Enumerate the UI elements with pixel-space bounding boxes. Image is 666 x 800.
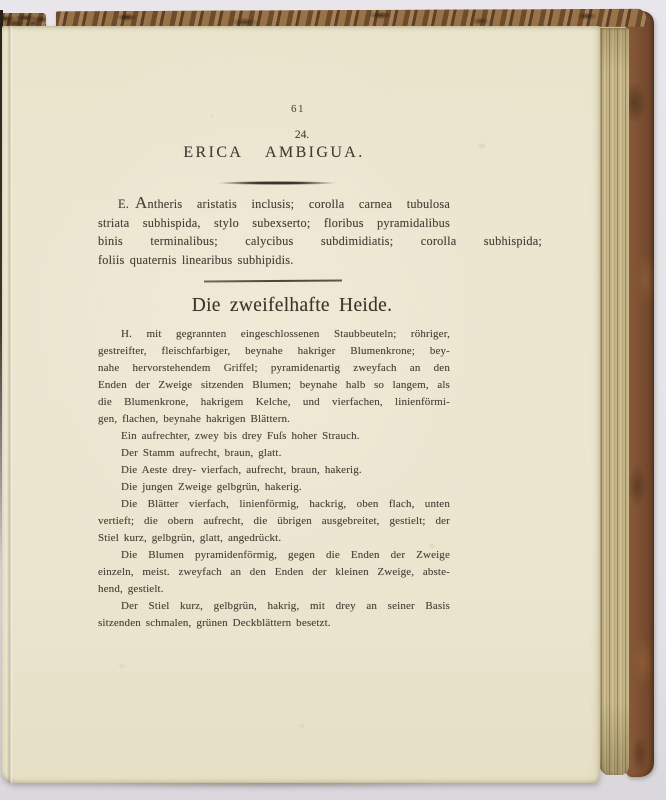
scanned-book-photo: 61 24. ERICA AMBIGUA. E.Antheris aristat… — [0, 0, 666, 800]
paragraph: Der Stiel kurz, gelbgrün, hakrig, mit dr… — [98, 598, 450, 632]
paragraph: Die jungen Zweige gelbgrün, hakerig. — [98, 479, 450, 496]
divider-rule-top — [216, 181, 338, 185]
text-line: einzeln, meist. zweyfach an den Enden de… — [98, 564, 450, 581]
text-line: gestreifter, fleischfarbiger, beynahe ha… — [98, 343, 450, 360]
text-line: H. mit gegrannten eingeschlossenen Staub… — [98, 326, 450, 343]
latin-line-rest: ntheris aristatis inclusis; corolla carn… — [147, 197, 450, 211]
text-line: sitzenden schmalen, grünen Deckblättern … — [98, 615, 450, 632]
folio-number: 61 — [270, 103, 326, 115]
text-line: Die Aeste drey- vierfach, aufrecht, brau… — [98, 462, 450, 479]
entry-number: 24. — [274, 129, 330, 141]
text-line: nahe hervorstehendem Griffel; pyramidena… — [98, 360, 450, 377]
text-line: binis terminalibus; calycibus subdimidia… — [98, 232, 542, 251]
text-line: die Blumenkrone, hakrigem Kelche, und vi… — [98, 394, 450, 411]
text-line: gen, flachen, beynahe hakrigen Blättern. — [98, 411, 450, 428]
paragraph: Der Stamm aufrecht, braun, glatt. — [98, 445, 450, 462]
text-line: foliis quaternis linearibus subhipidis. — [98, 251, 450, 270]
paragraph: Die Aeste drey- vierfach, aufrecht, brau… — [98, 462, 450, 479]
text-line: Die jungen Zweige gelbgrün, hakerig. — [98, 479, 450, 496]
text-line: striata subhispida, stylo subexserto; fl… — [98, 214, 450, 233]
latin-lead: E. — [118, 197, 129, 211]
book-page: 61 24. ERICA AMBIGUA. E.Antheris aristat… — [2, 26, 600, 783]
species-title: ERICA AMBIGUA. — [96, 144, 452, 162]
german-heading: Die zweifelhafte Heide. — [112, 295, 472, 317]
text-line: Der Stamm aufrecht, braun, glatt. — [98, 445, 450, 462]
text-line: hend, gestielt. — [98, 581, 450, 598]
german-description: H. mit gegrannten eingeschlossenen Staub… — [98, 326, 450, 632]
text-line: Der Stiel kurz, gelbgrün, hakrig, mit dr… — [98, 598, 450, 615]
text-line: Enden der Zweige sitzenden Blumen; beyna… — [98, 377, 450, 394]
text-line: Ein aufrechter, zwey bis drey Fuſs hoher… — [98, 428, 450, 445]
text-line: Die Blumen pyramidenförmig, gegen die En… — [98, 547, 450, 564]
paragraph: H. mit gegrannten eingeschlossenen Staub… — [98, 326, 450, 428]
text-line: Stiel kurz, gelbgrün, glatt, angedrückt. — [98, 530, 450, 547]
divider-rule-middle — [204, 280, 342, 283]
paragraph: Die Blätter vierfach, linienförmig, hack… — [98, 496, 450, 547]
paragraph: Die Blumen pyramidenförmig, gegen die En… — [98, 547, 450, 598]
latin-diagnosis: E.Antheris aristatis inclusis; corolla c… — [98, 194, 450, 269]
book-cover-edge-right — [626, 11, 654, 777]
paragraph: Ein aufrechter, zwey bis drey Fuſs hoher… — [98, 428, 450, 445]
drop-capital: A — [135, 193, 147, 212]
text-line: vertieft; die obern aufrecht, die übrige… — [98, 513, 450, 530]
page-gutter-crease — [7, 26, 13, 783]
text-line: Die Blätter vierfach, linienförmig, hack… — [98, 496, 450, 513]
text-line: E.Antheris aristatis inclusis; corolla c… — [98, 194, 450, 214]
book-fore-edge-pages — [596, 28, 629, 775]
